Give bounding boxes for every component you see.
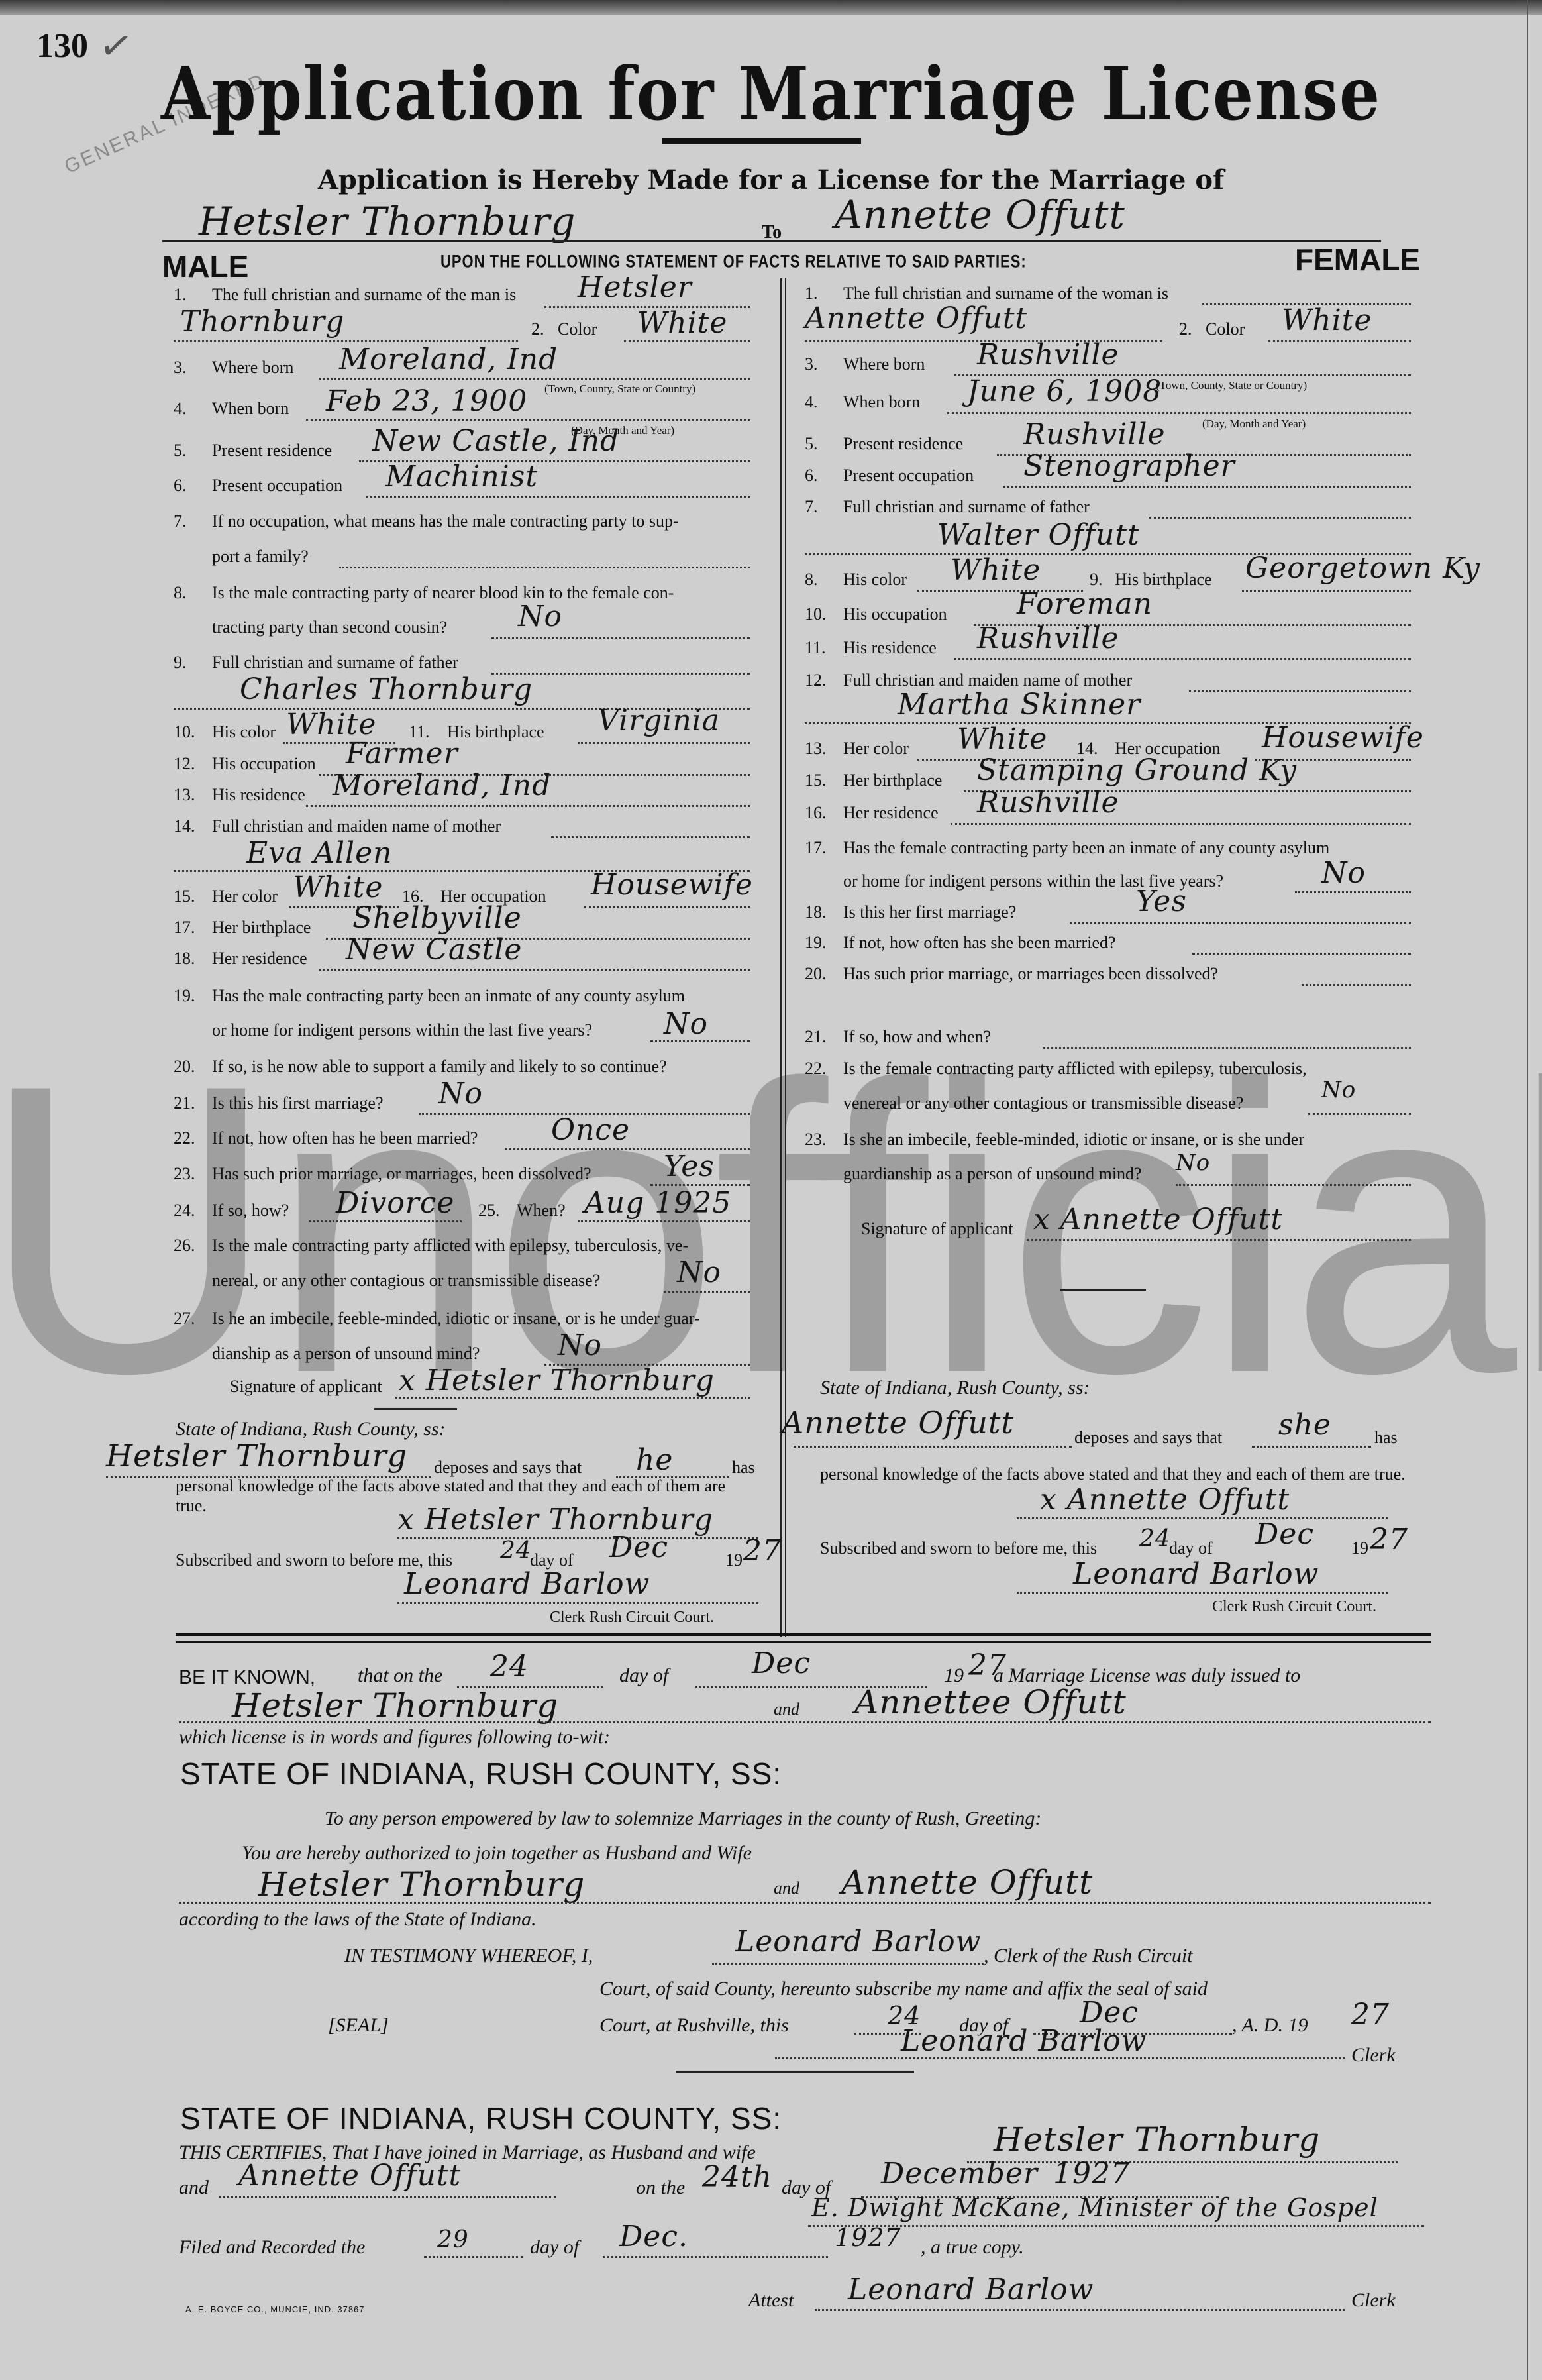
field-line bbox=[1189, 690, 1411, 692]
certificate-year: 1927 bbox=[1053, 2157, 1130, 2191]
male-disease: No bbox=[677, 1256, 721, 1289]
male-item-19: 19.Has the male contracting party been a… bbox=[174, 986, 685, 1006]
male-sworn-year: 27 bbox=[743, 1534, 782, 1568]
male-birthplace: Moreland, Ind bbox=[339, 343, 558, 376]
male-mother-occupation: Housewife bbox=[591, 868, 753, 902]
unofficial-watermark: Unofficial bbox=[0, 1024, 1542, 1434]
section-double-rule bbox=[176, 1633, 1431, 1643]
male-residence: New Castle, Ind bbox=[372, 424, 619, 458]
female-item-2: 2.Color bbox=[1179, 319, 1245, 339]
field-line bbox=[397, 1537, 758, 1539]
male-item-24: 24.If so, how? bbox=[174, 1201, 289, 1220]
certificate-clerk-word: Clerk bbox=[1351, 2289, 1396, 2312]
field-line bbox=[1003, 486, 1411, 488]
field-line bbox=[951, 823, 1411, 825]
field-line bbox=[491, 637, 750, 639]
male-times-married: Once bbox=[551, 1113, 630, 1147]
male-item-26: 26.Is the male contracting party afflict… bbox=[174, 1236, 688, 1256]
female-signature: x Annette Offutt bbox=[1033, 1203, 1283, 1236]
male-item-14: 14.Full christian and maiden name of mot… bbox=[174, 816, 501, 836]
field-line bbox=[712, 1963, 984, 1965]
field-hint: (Town, County, State or Country) bbox=[544, 382, 695, 396]
female-heading: FEMALE bbox=[1295, 242, 1420, 278]
male-asylum: No bbox=[664, 1007, 708, 1041]
field-line bbox=[954, 658, 1411, 660]
male-heading: MALE bbox=[162, 248, 248, 284]
field-line bbox=[397, 1602, 758, 1604]
male-signature-label: Signature of applicant bbox=[230, 1377, 382, 1397]
female-mother-residence: Rushville bbox=[977, 786, 1119, 820]
field-line bbox=[551, 836, 750, 838]
certificate-filed-year: 1927 bbox=[835, 2223, 901, 2252]
female-unsound-mind: No bbox=[1176, 1150, 1210, 1176]
title-rule bbox=[662, 138, 861, 144]
female-item-19: 19.If not, how often has she been marrie… bbox=[805, 933, 1116, 953]
license-bride2: Annette Offutt bbox=[841, 1863, 1093, 1902]
field-line bbox=[306, 419, 750, 421]
license-clerk-signature: Leonard Barlow bbox=[901, 2024, 1147, 2058]
female-item-22: 22.Is the female contracting party affli… bbox=[805, 1059, 1307, 1079]
license-groom2: Hetsler Thornburg bbox=[258, 1865, 585, 1904]
female-father-color: White bbox=[951, 553, 1041, 587]
field-line bbox=[1176, 1184, 1411, 1186]
female-asylum: No bbox=[1321, 856, 1366, 890]
female-item-4: 4.When born bbox=[805, 392, 920, 412]
male-item-8b: tracting party than second cousin? bbox=[212, 618, 447, 637]
female-residence: Rushville bbox=[1023, 417, 1166, 451]
female-sworn-day: 24 bbox=[1139, 1525, 1171, 1552]
female-item-23b: guardianship as a person of unsound mind… bbox=[843, 1164, 1142, 1184]
male-item-9: 9.Full christian and surname of father bbox=[174, 653, 458, 673]
female-item-17: 17.Has the female contracting party been… bbox=[805, 838, 1329, 858]
male-dissolved-how: Divorce bbox=[336, 1186, 454, 1220]
female-occupation: Stenographer bbox=[1023, 449, 1235, 483]
license-and: and bbox=[774, 1700, 799, 1719]
female-item-18: 18.Is this her first marriage? bbox=[805, 902, 1016, 922]
license-month: Dec bbox=[752, 1647, 811, 1680]
female-item-13: 13.Her color bbox=[805, 739, 909, 759]
field-line bbox=[624, 340, 750, 342]
male-item-7b: port a family? bbox=[212, 547, 309, 567]
female-item-16: 16.Her residence bbox=[805, 803, 939, 823]
male-birthdate: Feb 23, 1900 bbox=[326, 384, 527, 418]
female-disease: No bbox=[1321, 1077, 1356, 1103]
male-first-marriage: No bbox=[438, 1077, 483, 1110]
female-mother-name: Martha Skinner bbox=[898, 688, 1141, 722]
male-mother-birthplace: Shelbyville bbox=[352, 901, 522, 935]
male-item-18: 18.Her residence bbox=[174, 949, 307, 969]
female-item-6: 6.Present occupation bbox=[805, 466, 974, 486]
field-line bbox=[947, 412, 1411, 414]
female-item-1: 1.The full christian and surname of the … bbox=[805, 284, 1168, 303]
field-line bbox=[1149, 517, 1411, 519]
license-testimony: IN TESTIMONY WHEREOF, I, bbox=[344, 1945, 593, 1967]
female-father-occupation: Foreman bbox=[1017, 587, 1153, 621]
field-line bbox=[1268, 340, 1411, 342]
field-line bbox=[1043, 1047, 1411, 1049]
field-line bbox=[424, 2256, 523, 2258]
male-item-27b: dianship as a person of unsound mind? bbox=[212, 1344, 480, 1364]
female-day-of: day of bbox=[1169, 1539, 1213, 1558]
groom-name: Hetsler Thornburg bbox=[199, 199, 576, 244]
field-hint: (Day, Month and Year) bbox=[1202, 417, 1306, 431]
female-father-residence: Rushville bbox=[977, 622, 1119, 655]
male-item-19b: or home for indigent persons within the … bbox=[212, 1020, 592, 1040]
female-father-name: Walter Offutt bbox=[937, 518, 1140, 552]
license-day-of: day of bbox=[619, 1664, 668, 1687]
male-blood-kin: No bbox=[518, 600, 562, 633]
male-item-23: 23.Has such prior marriage, or marriages… bbox=[174, 1164, 591, 1184]
which-license: which license is in words and figures fo… bbox=[179, 1726, 610, 1749]
license-bride: Annettee Offutt bbox=[854, 1683, 1127, 1721]
field-line bbox=[309, 1220, 462, 1222]
certificate-filed-month: Dec. bbox=[619, 2220, 688, 2253]
license-groom: Hetsler Thornburg bbox=[232, 1686, 558, 1725]
female-mother-color: White bbox=[957, 722, 1047, 756]
male-deposes-text: deposes and says that bbox=[434, 1458, 582, 1478]
field-line bbox=[584, 906, 750, 908]
field-line bbox=[179, 1902, 1431, 1904]
license-court-at: Court, at Rushville, this bbox=[599, 2014, 789, 2037]
male-item-22: 22.If not, how often has he been married… bbox=[174, 1128, 478, 1148]
male-item-21: 21.Is this his first marriage? bbox=[174, 1093, 384, 1113]
male-occupation: Machinist bbox=[385, 460, 538, 494]
female-clerk-signature: Leonard Barlow bbox=[1073, 1557, 1319, 1591]
male-mother-residence: New Castle bbox=[346, 933, 522, 967]
license-according: according to the laws of the State of In… bbox=[179, 1908, 537, 1931]
female-signature-label: Signature of applicant bbox=[861, 1219, 1013, 1239]
license-state-heading: STATE OF INDIANA, RUSH COUNTY, SS: bbox=[180, 1756, 782, 1792]
male-item-7: 7.If no occupation, what means has the m… bbox=[174, 512, 679, 531]
field-line bbox=[794, 1446, 1072, 1448]
that-on-the: that on the bbox=[358, 1664, 442, 1687]
male-dissolved: Yes bbox=[664, 1150, 715, 1183]
male-deponent: Hetsler Thornburg bbox=[106, 1438, 407, 1474]
license-and2: and bbox=[774, 1878, 799, 1898]
license-clerk-name: Leonard Barlow bbox=[735, 1925, 981, 1959]
female-birthdate: June 6, 1908 bbox=[967, 374, 1162, 408]
license-seal: [SEAL] bbox=[328, 2014, 389, 2037]
field-line bbox=[319, 969, 750, 971]
certificate-state-heading: STATE OF INDIANA, RUSH COUNTY, SS: bbox=[180, 2100, 782, 2136]
license-clerk-word: Clerk bbox=[1351, 2044, 1396, 2067]
female-mother-occupation: Housewife bbox=[1262, 721, 1424, 755]
certificate-filed-day: 29 bbox=[437, 2226, 469, 2253]
field-line bbox=[578, 742, 750, 744]
license-clerk-of: , Clerk of the Rush Circuit bbox=[984, 1945, 1193, 1967]
license-greeting: To any person empowered by law to solemn… bbox=[325, 1808, 1041, 1830]
field-line bbox=[1017, 1592, 1388, 1594]
female-first-marriage: Yes bbox=[1136, 885, 1187, 918]
female-pronoun: she bbox=[1278, 1408, 1331, 1442]
male-signature: x Hetsler Thornburg bbox=[399, 1364, 715, 1397]
field-line bbox=[1027, 1239, 1411, 1241]
female-year-prefix: 19 bbox=[1351, 1539, 1368, 1558]
female-item-22b: venereal or any other contagious or tran… bbox=[843, 1093, 1243, 1113]
male-mother-color: White bbox=[293, 871, 383, 904]
statement-heading: UPON THE FOLLOWING STATEMENT OF FACTS RE… bbox=[440, 251, 1027, 272]
male-item-12: 12.His occupation bbox=[174, 754, 316, 774]
certificate-filed-text: Filed and Recorded the bbox=[179, 2236, 365, 2259]
certificate-day: 24th bbox=[702, 2160, 772, 2194]
female-sworn-year: 27 bbox=[1370, 1523, 1408, 1556]
female-item-3: 3.Where born bbox=[805, 354, 925, 374]
male-unsound-mind: No bbox=[558, 1328, 602, 1362]
field-line bbox=[815, 2309, 1345, 2311]
male-year-prefix: 19 bbox=[725, 1550, 743, 1570]
male-sworn-month: Dec bbox=[609, 1531, 668, 1564]
field-line bbox=[306, 805, 750, 807]
license-day: 24 bbox=[490, 1650, 529, 1684]
certificate-filed-day-of: day of bbox=[530, 2236, 579, 2259]
field-line bbox=[1252, 1446, 1371, 1448]
male-item-27: 27.Is he an imbecile, feeble-minded, idi… bbox=[174, 1309, 700, 1328]
male-father-residence: Moreland, Ind bbox=[333, 769, 551, 802]
field-line bbox=[664, 1291, 750, 1293]
field-line bbox=[339, 567, 750, 568]
male-father-birthplace: Virginia bbox=[597, 704, 720, 737]
male-item-1: 1.The full christian and surname of the … bbox=[174, 285, 516, 305]
female-item-21: 21.If so, how and when? bbox=[805, 1027, 991, 1047]
female-item-23: 23.Is she an imbecile, feeble-minded, id… bbox=[805, 1130, 1304, 1150]
male-item-15: 15.Her color bbox=[174, 887, 278, 906]
section-rule bbox=[1060, 1289, 1146, 1291]
male-affidavit-venue: State of Indiana, Rush County, ss: bbox=[176, 1418, 446, 1440]
certificate-officiant: E. Dwight McKane, Minister of the Gospel bbox=[811, 2193, 1378, 2222]
printer-imprint: A. E. BOYCE CO., MUNCIE, IND. 37867 bbox=[185, 2304, 365, 2314]
female-item-11: 11.His residence bbox=[805, 638, 937, 658]
field-line bbox=[1070, 922, 1411, 924]
male-item-5: 5.Present residence bbox=[174, 441, 332, 460]
field-hint: (Town, County, State or Country) bbox=[1156, 379, 1307, 392]
female-item-7: 7.Full christian and surname of father bbox=[805, 497, 1090, 517]
female-affidavit-venue: State of Indiana, Rush County, ss: bbox=[820, 1377, 1090, 1399]
male-mother-name: Eva Allen bbox=[246, 836, 393, 870]
scan-top-edge bbox=[0, 0, 1542, 15]
field-line bbox=[1192, 953, 1411, 955]
certificate-true-copy: , a true copy. bbox=[921, 2236, 1024, 2259]
male-item-13: 13.His residence bbox=[174, 785, 305, 805]
field-line bbox=[174, 340, 518, 342]
field-line bbox=[179, 1721, 1431, 1723]
male-clerk-signature: Leonard Barlow bbox=[404, 1567, 650, 1601]
document-subtitle: Application is Hereby Made for a License… bbox=[0, 164, 1542, 195]
female-deponent: Annette Offutt bbox=[782, 1405, 1014, 1440]
certificate-bride: Annette Offutt bbox=[238, 2159, 461, 2192]
male-has: has bbox=[732, 1458, 755, 1478]
field-line bbox=[1242, 590, 1411, 592]
male-father-occupation: Farmer bbox=[346, 737, 458, 771]
male-pronoun: he bbox=[636, 1443, 673, 1477]
female-item-8: 8.His color bbox=[805, 570, 907, 590]
names-line bbox=[162, 240, 1381, 242]
female-mother-birthplace: Stamping Ground Ky bbox=[977, 753, 1297, 787]
certificate-on-the: on the bbox=[636, 2177, 685, 2199]
section-rule bbox=[374, 1408, 457, 1410]
female-birthplace: Rushville bbox=[977, 338, 1119, 372]
male-item-4: 4.When born bbox=[174, 399, 289, 419]
male-item-10: 10.His color bbox=[174, 722, 276, 742]
male-item-20: 20.If so, is he now able to support a fa… bbox=[174, 1057, 667, 1077]
field-line bbox=[1017, 1517, 1388, 1519]
bride-name: Annette Offutt bbox=[835, 192, 1125, 237]
certificate-groom: Hetsler Thornburg bbox=[994, 2120, 1320, 2159]
license-ad: , A. D. 19 bbox=[1232, 2014, 1308, 2037]
female-sworn-month: Dec bbox=[1255, 1517, 1314, 1551]
field-line bbox=[1295, 891, 1411, 893]
male-item-8: 8.Is the male contracting party of neare… bbox=[174, 583, 674, 603]
female-item-15: 15.Her birthplace bbox=[805, 771, 942, 790]
female-name: Annette Offutt bbox=[805, 301, 1027, 335]
certificate-month: December bbox=[881, 2157, 1038, 2191]
female-clerk-title: Clerk Rush Circuit Court. bbox=[1212, 1598, 1376, 1616]
license-year2: 27 bbox=[1351, 1998, 1390, 2031]
female-color: White bbox=[1282, 303, 1372, 337]
certificate-attest-signature: Leonard Barlow bbox=[848, 2273, 1094, 2306]
male-item-2: 2.Color bbox=[531, 319, 597, 339]
license-authorized: You are hereby authorized to join togeth… bbox=[242, 1842, 752, 1865]
field-line bbox=[366, 496, 750, 498]
male-item-6: 6.Present occupation bbox=[174, 476, 342, 496]
document-title: Application for Marriage License bbox=[0, 51, 1542, 137]
male-clerk-title: Clerk Rush Circuit Court. bbox=[550, 1609, 714, 1627]
female-has: has bbox=[1374, 1428, 1398, 1448]
female-father-birthplace: Georgetown Ky bbox=[1245, 551, 1480, 585]
female-deposes-text: deposes and says that bbox=[1074, 1428, 1222, 1448]
be-it-known: BE IT KNOWN, bbox=[179, 1666, 315, 1689]
section-rule bbox=[676, 2071, 914, 2073]
field-line bbox=[319, 378, 750, 380]
field-line bbox=[219, 2196, 556, 2198]
male-item-25: 25.When? bbox=[478, 1201, 566, 1220]
female-affidavit-signature: x Annette Offutt bbox=[1040, 1483, 1290, 1517]
male-item-3: 3.Where born bbox=[174, 358, 293, 378]
male-father-name: Charles Thornburg bbox=[240, 673, 533, 706]
female-item-5: 5.Present residence bbox=[805, 434, 963, 454]
male-dissolved-when: Aug 1925 bbox=[584, 1186, 731, 1220]
female-item-10: 10.His occupation bbox=[805, 604, 947, 624]
certificate-and: and bbox=[179, 2177, 209, 2199]
female-item-20: 20.Has such prior marriage, or marriages… bbox=[805, 964, 1218, 984]
page-right-border bbox=[1527, 0, 1531, 2380]
field-line bbox=[1308, 1113, 1411, 1115]
male-name-last: Thornburg bbox=[180, 305, 344, 339]
male-item-17: 17.Her birthplace bbox=[174, 918, 311, 938]
male-name-first: Hetsler bbox=[578, 270, 692, 304]
female-affidavit-body: personal knowledge of the facts above st… bbox=[820, 1464, 1410, 1484]
female-sworn-text: Subscribed and sworn to before me, this bbox=[820, 1539, 1097, 1558]
field-line bbox=[1302, 984, 1411, 986]
field-line bbox=[578, 1220, 750, 1222]
male-item-26b: nereal, or any other contagious or trans… bbox=[212, 1271, 600, 1291]
certificate-attest: Attest bbox=[748, 2289, 794, 2312]
field-line bbox=[603, 2256, 828, 2258]
male-sworn-day: 24 bbox=[500, 1537, 532, 1564]
male-color: White bbox=[637, 306, 727, 340]
